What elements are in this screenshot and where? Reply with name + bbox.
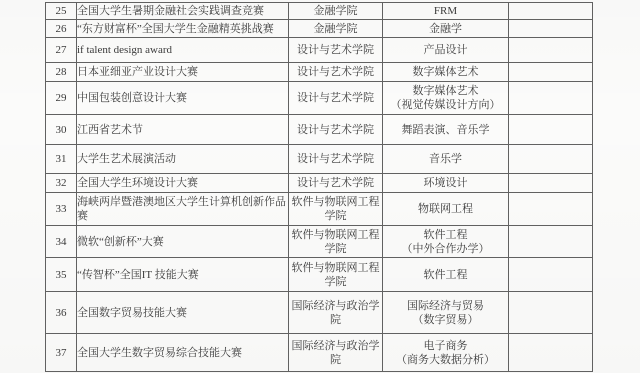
cell-major: 环境设计 xyxy=(383,174,509,193)
cell-row-number: 34 xyxy=(46,226,77,258)
cell-competition-name: “东方财富杯”全国大学生金融精英挑战赛 xyxy=(77,20,289,38)
cell-competition-name: 全国大学生暑期金融社会实践调查竞赛 xyxy=(77,3,289,20)
cell-note-empty xyxy=(509,3,593,20)
table-row: 33 海峡两岸暨港澳地区大学生计算机创新作品赛 软件与物联网工程学院 物联网工程 xyxy=(46,193,593,226)
cell-major: 数字媒体艺术 （视觉传媒设计方向） xyxy=(383,82,509,115)
cell-note-empty xyxy=(509,63,593,82)
cell-row-number: 36 xyxy=(46,292,77,334)
cell-row-number: 29 xyxy=(46,82,77,115)
cell-row-number: 30 xyxy=(46,115,77,145)
cell-competition-name: 全国大学生数字贸易综合技能大赛 xyxy=(77,334,289,372)
cell-major: FRM xyxy=(383,3,509,20)
table-row: 32 全国大学生环境设计大赛 设计与艺术学院 环境设计 xyxy=(46,174,593,193)
cell-note-empty xyxy=(509,334,593,372)
cell-row-number: 35 xyxy=(46,258,77,292)
cell-college: 软件与物联网工程学院 xyxy=(289,258,383,292)
table-body: 25 全国大学生暑期金融社会实践调查竞赛 金融学院 FRM 26 “东方财富杯”… xyxy=(46,3,593,372)
table-row: 25 全国大学生暑期金融社会实践调查竞赛 金融学院 FRM xyxy=(46,3,593,20)
cell-competition-name: 江西省艺术节 xyxy=(77,115,289,145)
cell-college: 设计与艺术学院 xyxy=(289,174,383,193)
cell-competition-name: 海峡两岸暨港澳地区大学生计算机创新作品赛 xyxy=(77,193,289,226)
cell-college: 国际经济与政治学院 xyxy=(289,292,383,334)
cell-college: 金融学院 xyxy=(289,20,383,38)
table-row: 34 微软“创新杯”大赛 软件与物联网工程学院 软件工程 （中外合作办学） xyxy=(46,226,593,258)
table-row: 36 全国数字贸易技能大赛 国际经济与政治学院 国际经济与贸易 （数字贸易） xyxy=(46,292,593,334)
cell-note-empty xyxy=(509,193,593,226)
cell-note-empty xyxy=(509,292,593,334)
cell-note-empty xyxy=(509,82,593,115)
cell-competition-name: 大学生艺术展演活动 xyxy=(77,145,289,174)
cell-major: 音乐学 xyxy=(383,145,509,174)
cell-competition-name: 微软“创新杯”大赛 xyxy=(77,226,289,258)
scanned-document-page: 25 全国大学生暑期金融社会实践调查竞赛 金融学院 FRM 26 “东方财富杯”… xyxy=(0,0,640,373)
cell-competition-name: 中国包装创意设计大赛 xyxy=(77,82,289,115)
cell-note-empty xyxy=(509,145,593,174)
cell-college: 软件与物联网工程学院 xyxy=(289,193,383,226)
table-row: 35 “传智杯”全国IT 技能大赛 软件与物联网工程学院 软件工程 xyxy=(46,258,593,292)
cell-major: 金融学 xyxy=(383,20,509,38)
cell-college: 设计与艺术学院 xyxy=(289,145,383,174)
table-row: 28 日本亚细亚产业设计大赛 设计与艺术学院 数字媒体艺术 xyxy=(46,63,593,82)
cell-note-empty xyxy=(509,174,593,193)
cell-major: 软件工程 xyxy=(383,258,509,292)
table-row: 26 “东方财富杯”全国大学生金融精英挑战赛 金融学院 金融学 xyxy=(46,20,593,38)
table-row: 31 大学生艺术展演活动 设计与艺术学院 音乐学 xyxy=(46,145,593,174)
table-row: 37 全国大学生数字贸易综合技能大赛 国际经济与政治学院 电子商务 （商务大数据… xyxy=(46,334,593,372)
cell-major: 物联网工程 xyxy=(383,193,509,226)
cell-note-empty xyxy=(509,258,593,292)
cell-college: 设计与艺术学院 xyxy=(289,63,383,82)
cell-college: 设计与艺术学院 xyxy=(289,82,383,115)
cell-major: 舞蹈表演、音乐学 xyxy=(383,115,509,145)
cell-row-number: 26 xyxy=(46,20,77,38)
cell-college: 金融学院 xyxy=(289,3,383,20)
cell-competition-name: 全国大学生环境设计大赛 xyxy=(77,174,289,193)
cell-college: 软件与物联网工程学院 xyxy=(289,226,383,258)
cell-college: 设计与艺术学院 xyxy=(289,38,383,63)
table-row: 30 江西省艺术节 设计与艺术学院 舞蹈表演、音乐学 xyxy=(46,115,593,145)
cell-row-number: 27 xyxy=(46,38,77,63)
cell-row-number: 37 xyxy=(46,334,77,372)
cell-note-empty xyxy=(509,226,593,258)
cell-row-number: 33 xyxy=(46,193,77,226)
cell-row-number: 32 xyxy=(46,174,77,193)
cell-competition-name: 全国数字贸易技能大赛 xyxy=(77,292,289,334)
cell-major: 产品设计 xyxy=(383,38,509,63)
cell-row-number: 28 xyxy=(46,63,77,82)
cell-major: 数字媒体艺术 xyxy=(383,63,509,82)
cell-row-number: 31 xyxy=(46,145,77,174)
cell-note-empty xyxy=(509,38,593,63)
cell-competition-name: 日本亚细亚产业设计大赛 xyxy=(77,63,289,82)
cell-note-empty xyxy=(509,20,593,38)
cell-note-empty xyxy=(509,115,593,145)
cell-college: 设计与艺术学院 xyxy=(289,115,383,145)
cell-major: 软件工程 （中外合作办学） xyxy=(383,226,509,258)
competitions-majors-table: 25 全国大学生暑期金融社会实践调查竞赛 金融学院 FRM 26 “东方财富杯”… xyxy=(45,2,593,372)
table-row: 29 中国包装创意设计大赛 设计与艺术学院 数字媒体艺术 （视觉传媒设计方向） xyxy=(46,82,593,115)
cell-major: 电子商务 （商务大数据分析） xyxy=(383,334,509,372)
cell-college: 国际经济与政治学院 xyxy=(289,334,383,372)
cell-major: 国际经济与贸易 （数字贸易） xyxy=(383,292,509,334)
cell-row-number: 25 xyxy=(46,3,77,20)
cell-competition-name: if talent design award xyxy=(77,38,289,63)
table-row: 27 if talent design award 设计与艺术学院 产品设计 xyxy=(46,38,593,63)
cell-competition-name: “传智杯”全国IT 技能大赛 xyxy=(77,258,289,292)
